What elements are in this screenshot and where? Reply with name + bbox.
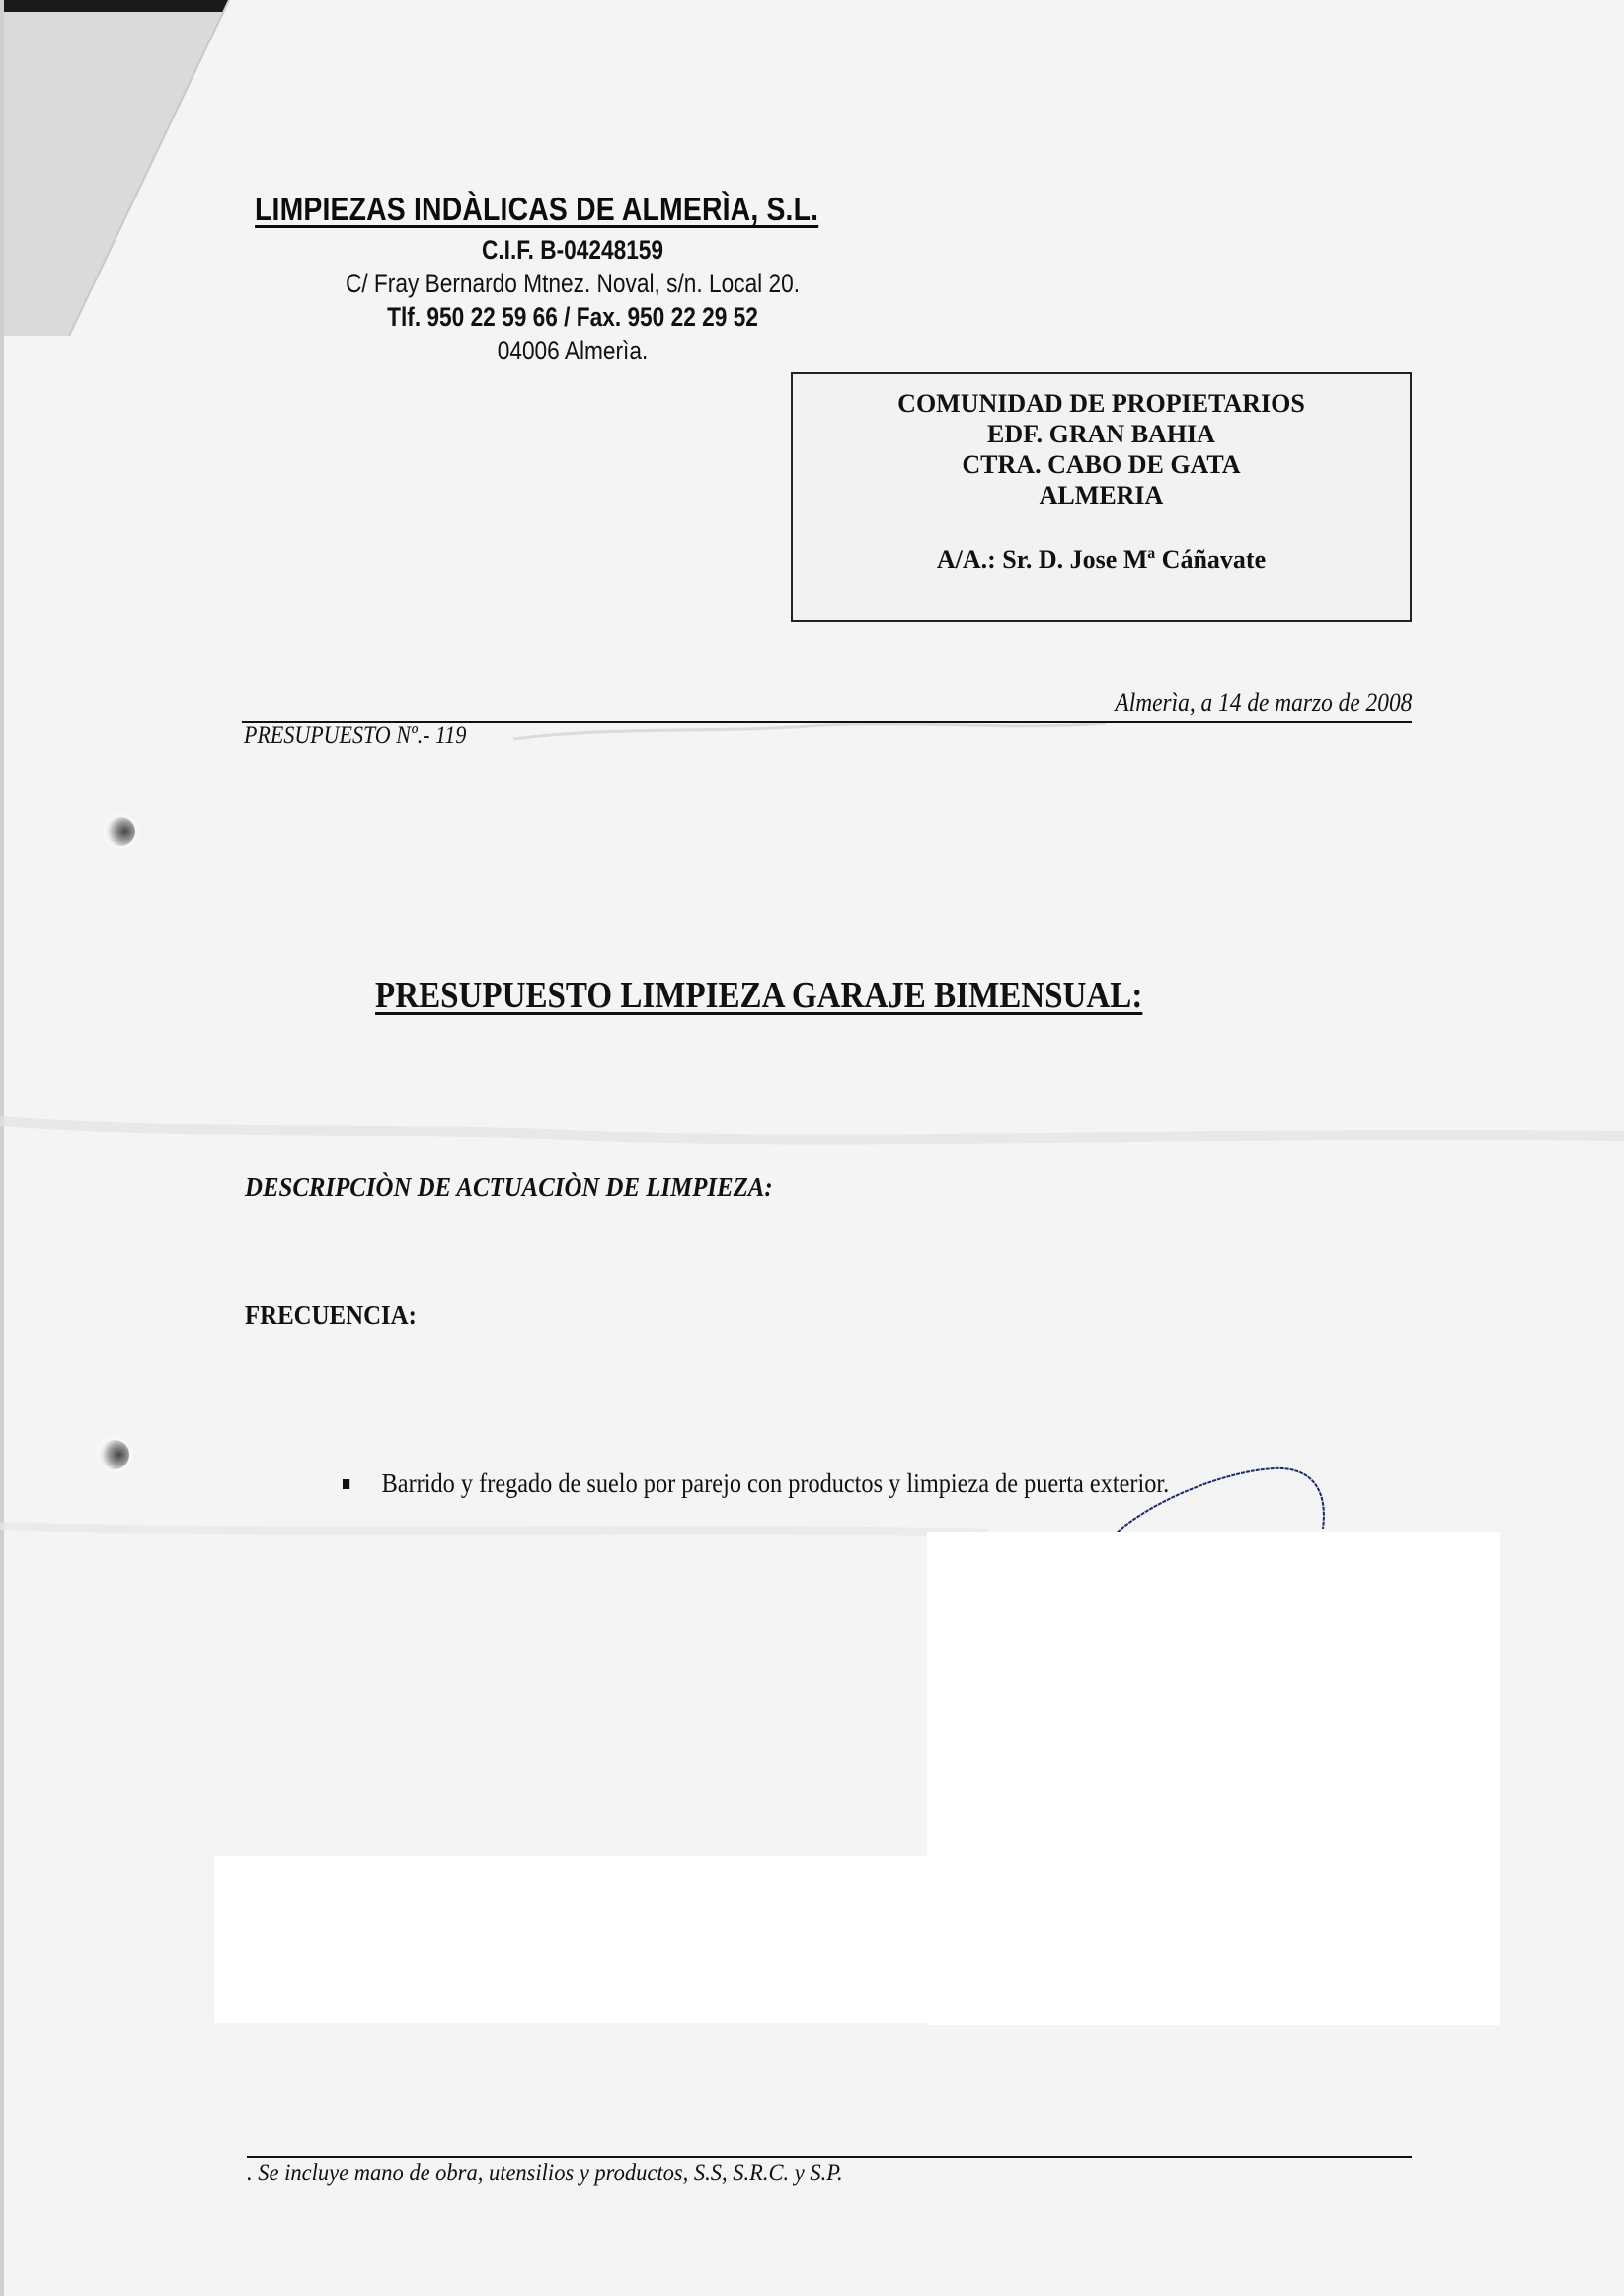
bullet-square-icon [343,1479,349,1489]
company-name: LIMPIEZAS INDÀLICAS DE ALMERÌA, S.L. [255,191,818,228]
company-cif: C.I.F. B-04248159 [290,235,854,266]
frequency-heading: FRECUENCIA: [245,1301,417,1331]
redacted-area [214,1856,974,2023]
recipient-line: ALMERIA [793,480,1410,511]
recipient-line: CTRA. CABO DE GATA [793,449,1410,480]
company-address: C/ Fray Bernardo Mtnez. Noval, s/n. Loca… [290,269,854,299]
document-title: PRESUPUESTO LIMPIEZA GARAJE BIMENSUAL: [375,974,1142,1017]
document-date: Almerìa, a 14 de marzo de 2008 [1115,688,1412,718]
task-text: Barrido y fregado de suelo por parejo co… [382,1468,1170,1499]
company-postal-city: 04006 Almerìa. [290,336,854,366]
company-phone-fax: Tlf. 950 22 59 66 / Fax. 950 22 29 52 [290,302,854,333]
recipient-box: COMUNIDAD DE PROPIETARIOS EDF. GRAN BAHI… [791,372,1412,622]
recipient-line: EDF. GRAN BAHIA [793,419,1410,449]
description-heading: DESCRIPCIÒN DE ACTUACIÒN DE LIMPIEZA: [245,1172,773,1203]
punch-hole [100,1440,129,1469]
footer-note: . Se incluye mano de obra, utensilios y … [247,2160,843,2187]
redacted-area [927,1532,1500,2025]
task-item: Barrido y fregado de suelo por parejo co… [343,1468,1169,1499]
budget-number: PRESUPUESTO Nº.- 119 [244,722,466,750]
recipient-line: COMUNIDAD DE PROPIETARIOS [793,388,1410,419]
footer-divider [247,2156,1412,2158]
punch-hole [106,817,135,846]
recipient-attention: A/A.: Sr. D. Jose Mª Cáñavate [793,544,1410,575]
